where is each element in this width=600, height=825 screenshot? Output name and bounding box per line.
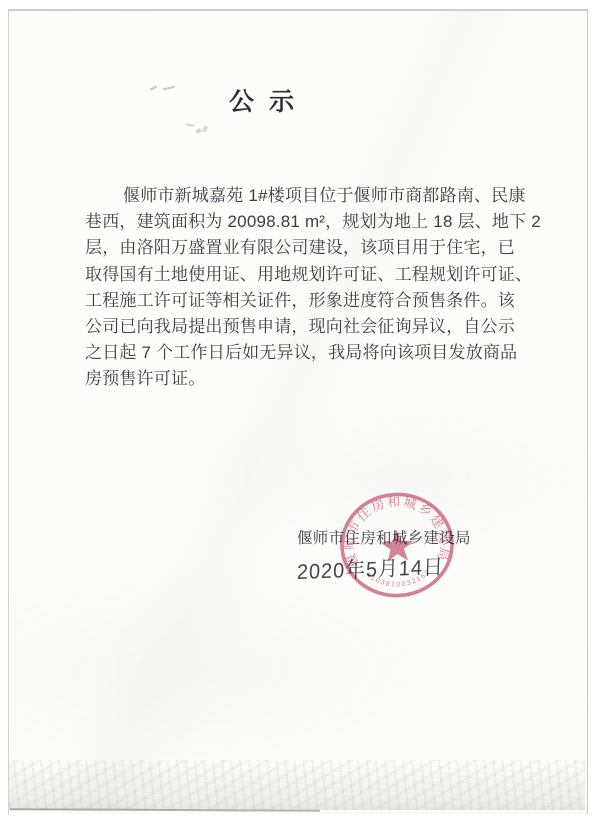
body-line: 取得国有土地使用证、用地规划许可证、工程规划许可证、 bbox=[85, 262, 517, 288]
star-icon bbox=[380, 529, 415, 562]
body-line: 层，由洛阳万盛置业有限公司建设，该项目用于住宅，已 bbox=[85, 235, 517, 261]
scan-shadow bbox=[9, 760, 585, 810]
seal-serial-number: 4103810032162 bbox=[364, 568, 433, 590]
official-seal-stamp: 偃师市住房和城乡建设局 4103810032162 bbox=[330, 482, 464, 609]
body-line: 公司已向我局提出预售申请，现向社会征询异议，自公示 bbox=[85, 314, 517, 340]
body-line: 房预售许可证。 bbox=[85, 366, 517, 392]
body-line: 巷西，建筑面积为 20098.81 m²，规划为地上 18 层、地下 2 bbox=[85, 209, 517, 235]
scanned-document: 公 示 偃师市新城嘉苑 1#楼项目位于偃师市商都路南、民康 巷西，建筑面积为 2… bbox=[0, 0, 600, 825]
notice-title: 公 示 bbox=[229, 82, 298, 118]
paper-surface bbox=[8, 9, 588, 814]
body-line: 偃师市新城嘉苑 1#楼项目位于偃师市商都路南、民康 bbox=[85, 183, 517, 209]
body-line: 工程施工许可证等相关证件，形象进度符合预售条件。该 bbox=[85, 288, 517, 314]
body-line: 之日起 7 个工作日后如无异议，我局将向该项目发放商品 bbox=[85, 340, 517, 366]
notice-body: 偃师市新城嘉苑 1#楼项目位于偃师市商都路南、民康 巷西，建筑面积为 20098… bbox=[85, 183, 517, 393]
